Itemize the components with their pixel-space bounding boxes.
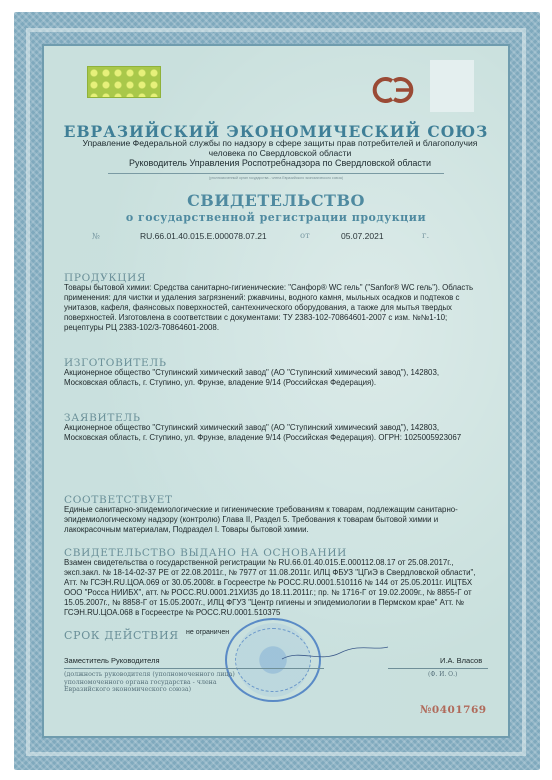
signatory-position: Заместитель Руководителя <box>64 656 160 666</box>
document-title: СВИДЕТЕЛЬСТВО <box>0 191 552 210</box>
issuing-authority: Управление Федеральной службы по надзору… <box>80 138 480 168</box>
document-subtitle: о государственной регистрации продукции <box>0 211 552 224</box>
basis-text: Взамен свидетельства о государственной р… <box>64 558 484 618</box>
authority-line: Управление Федеральной службы по надзору… <box>80 138 480 148</box>
authority-line: человека по Свердловской области <box>80 148 480 158</box>
ce-eac-logo-icon <box>372 75 416 105</box>
date-label: от <box>300 231 310 241</box>
manufacturer-text: Акционерное общество "Ступинский химичес… <box>64 368 484 388</box>
name-line <box>388 668 488 669</box>
complies-text: Единые санитарно-эпидемиологические и ги… <box>64 505 484 535</box>
signatory-name: И.А. Власов <box>440 656 482 666</box>
validity-value: не ограничен <box>186 628 229 638</box>
authority-caption: (уполномоченный орган государства - член… <box>100 176 452 180</box>
hologram-icon <box>87 66 161 98</box>
product-text: Товары бытовой химии: Средства санитарно… <box>64 283 484 333</box>
year-suffix: г. <box>422 231 429 241</box>
validity-heading: СРОК ДЕЙСТВИЯ <box>64 629 179 642</box>
signatory-name-caption: (Ф. И. О.) <box>428 670 457 680</box>
signature-line <box>64 668 324 669</box>
signatory-position-caption: (должность руководителя (уполномоченного… <box>64 671 244 694</box>
signature-icon <box>280 645 390 665</box>
divider <box>108 173 444 174</box>
registration-date: 05.07.2021 <box>341 231 384 241</box>
blank-area <box>430 60 474 112</box>
registration-number: RU.66.01.40.015.Е.000078.07.21 <box>140 231 267 241</box>
applicant-text: Акционерное общество "Ступинский химичес… <box>64 423 484 443</box>
authority-line: Руководитель Управления Роспотребнадзора… <box>80 158 480 168</box>
registration-number-label: № <box>92 231 100 242</box>
form-serial-number: №0401769 <box>420 704 487 716</box>
